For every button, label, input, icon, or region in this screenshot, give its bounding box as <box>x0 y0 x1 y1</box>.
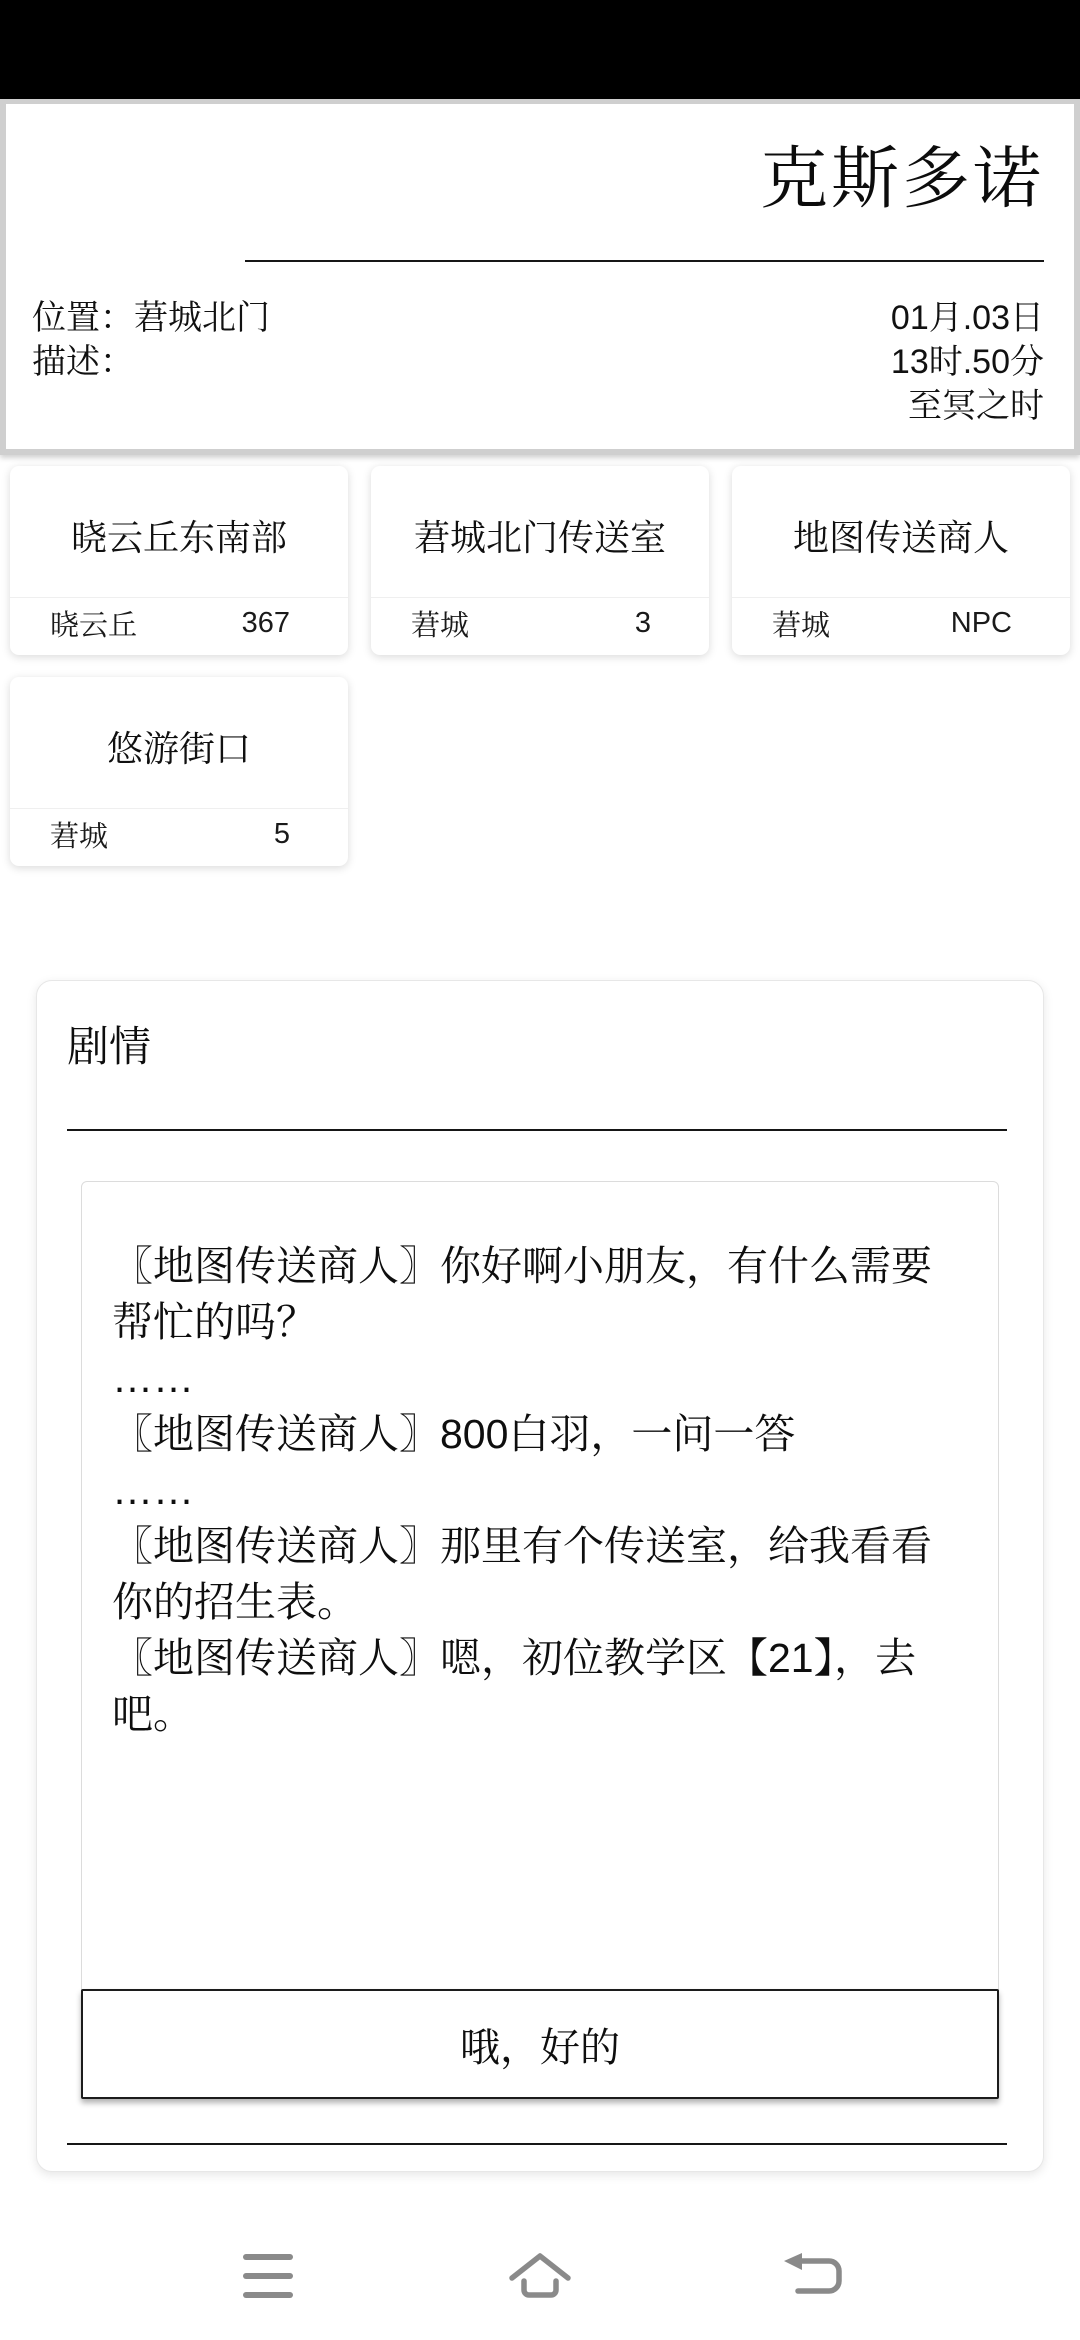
location-card-value: 367 <box>242 607 290 640</box>
dialog-line: …… <box>112 1462 972 1518</box>
header-divider <box>245 260 1044 262</box>
location-card-region: 莙城 <box>772 603 830 644</box>
location-card[interactable]: 悠游街口 莙城 5 <box>10 677 348 866</box>
menu-icon <box>243 2254 293 2298</box>
page-title: 克斯多诺 <box>32 142 1044 216</box>
back-icon <box>780 2250 844 2302</box>
header-info: 位置：莙城北门 描述： 01月.03日 13时.50分 至冥之时 <box>32 296 1044 428</box>
description-label: 描述： <box>32 343 134 381</box>
dialog-line: 〖地图传送商人〗800白羽，一问一答 <box>112 1406 972 1462</box>
location-value: 莙城北门 <box>134 299 270 337</box>
back-button[interactable] <box>782 2250 842 2302</box>
location-card[interactable]: 晓云丘东南部 晓云丘 367 <box>10 466 348 655</box>
location-row: 位置：莙城北门 <box>32 296 270 340</box>
dialog-box: 〖地图传送商人〗你好啊小朋友，有什么需要帮忙的吗？ …… 〖地图传送商人〗800… <box>81 1181 999 2099</box>
location-cards-grid: 晓云丘东南部 晓云丘 367 莙城北门传送室 莙城 3 地图传送商人 莙城 NP… <box>10 466 1070 866</box>
location-card-value: 3 <box>635 607 651 640</box>
description-row: 描述： <box>32 340 270 384</box>
location-card-region: 晓云丘 <box>50 603 137 644</box>
location-card-footer: 晓云丘 367 <box>10 597 348 655</box>
location-card-footer: 莙城 NPC <box>732 597 1070 655</box>
date-text: 01月.03日 <box>891 296 1044 340</box>
location-label: 位置： <box>32 299 134 337</box>
plot-divider-bottom <box>67 2143 1007 2145</box>
location-card[interactable]: 莙城北门传送室 莙城 3 <box>371 466 709 655</box>
location-card[interactable]: 地图传送商人 莙城 NPC <box>732 466 1070 655</box>
location-card-footer: 莙城 5 <box>10 808 348 866</box>
dialog-line: …… <box>112 1350 972 1406</box>
location-card-title: 晓云丘东南部 <box>10 466 348 597</box>
location-card-title: 莙城北门传送室 <box>371 466 709 597</box>
datetime-block: 01月.03日 13时.50分 至冥之时 <box>891 296 1044 428</box>
location-card-region: 莙城 <box>411 603 469 644</box>
location-card-value: NPC <box>951 607 1012 640</box>
location-card-title: 地图传送商人 <box>732 466 1070 597</box>
dialog-confirm-button[interactable]: 哦，好的 <box>81 1989 999 2099</box>
location-card-value: 5 <box>274 818 290 851</box>
home-icon <box>508 2249 572 2303</box>
plot-card: 剧情 〖地图传送商人〗你好啊小朋友，有什么需要帮忙的吗？ …… 〖地图传送商人〗… <box>36 980 1044 2172</box>
time-text: 13时.50分 <box>891 340 1044 384</box>
plot-title: 剧情 <box>67 1021 1043 1073</box>
plot-divider-top <box>67 1129 1007 1131</box>
dialog-line: 〖地图传送商人〗那里有个传送室，给我看看你的招生表。 <box>112 1518 972 1630</box>
bottom-nav <box>0 2246 1080 2306</box>
status-bar <box>0 0 1080 99</box>
dialog-text: 〖地图传送商人〗你好啊小朋友，有什么需要帮忙的吗？ …… 〖地图传送商人〗800… <box>82 1182 998 1742</box>
location-card-title: 悠游街口 <box>10 677 348 808</box>
dialog-line: 〖地图传送商人〗嗯，初位教学区【21】，去吧。 <box>112 1630 972 1742</box>
home-button[interactable] <box>510 2250 570 2302</box>
dialog-line: 〖地图传送商人〗你好啊小朋友，有什么需要帮忙的吗？ <box>112 1238 972 1350</box>
location-card-region: 莙城 <box>50 814 108 855</box>
location-card-footer: 莙城 3 <box>371 597 709 655</box>
location-block: 位置：莙城北门 描述： <box>32 296 270 428</box>
period-text: 至冥之时 <box>891 384 1044 428</box>
menu-button[interactable] <box>238 2250 298 2302</box>
header-card: 克斯多诺 位置：莙城北门 描述： 01月.03日 13时.50分 至冥之时 <box>0 99 1080 455</box>
